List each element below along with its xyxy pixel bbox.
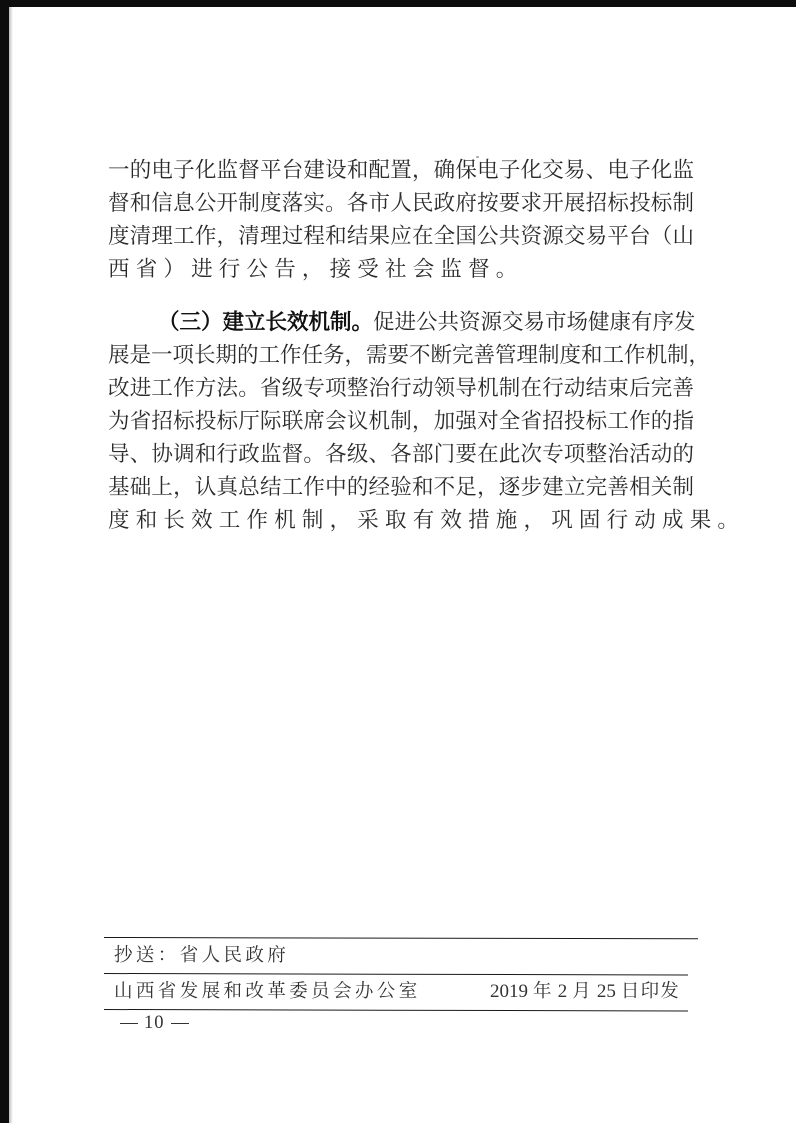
- document-footer: 抄送：省人民政府 山西省发展和改革委员会办公室 2019年2月25日印发: [104, 937, 698, 1010]
- text-line: 度和长效工作机制，采取有效措施，巩固行动成果。: [108, 504, 694, 537]
- page-number-dash-left: [120, 1023, 138, 1024]
- scan-border-shadow: [9, 7, 13, 1123]
- paragraph-gap: [108, 286, 694, 306]
- date-month-unit: 月: [572, 981, 592, 1002]
- issue-date: 2019年2月25日印发: [485, 974, 688, 1009]
- date-year: 2019: [485, 981, 533, 1002]
- scan-border-left: [0, 0, 9, 1123]
- document-page: 一的电子化监督平台建设和配置，确保电子化交易、电子化监 督和信息公开制度落实。各…: [0, 0, 796, 1123]
- scan-border-top: [0, 0, 796, 7]
- paragraph-2: （三）建立长效机制。促进公共资源交易市场健康有序发 展是一项长期的工作任务，需要…: [108, 306, 694, 537]
- cc-row: 抄送：省人民政府: [104, 938, 688, 973]
- date-year-unit: 年: [533, 981, 553, 1002]
- page-number-dash-right: [171, 1023, 189, 1024]
- date-day: 25: [592, 981, 621, 1002]
- text-line: 西省）进行公告，接受社会监督。: [108, 253, 694, 286]
- paragraph-1: 一的电子化监督平台建设和配置，确保电子化交易、电子化监 督和信息公开制度落实。各…: [108, 154, 694, 286]
- text-line: 改进工作方法。省级专项整治行动领导机制在行动结束后完善: [108, 372, 694, 405]
- text-line: 导、协调和行政监督。各级、各部门要在此次专项整治活动的: [108, 438, 694, 471]
- body-text: 一的电子化监督平台建设和配置，确保电子化交易、电子化监 督和信息公开制度落实。各…: [108, 154, 694, 537]
- footer-rule-bottom: [104, 1009, 688, 1012]
- text-run: 促进公共资源交易市场健康有序发: [373, 310, 696, 335]
- text-line: 督和信息公开制度落实。各市人民政府按要求开展招标投标制: [108, 187, 694, 220]
- text-line: 为省招标投标厅际联席会议机制，加强对全省招投标工作的指: [108, 405, 694, 438]
- cc-label: 抄送：省人民政府: [114, 938, 289, 973]
- text-line-first: （三）建立长效机制。促进公共资源交易市场健康有序发: [108, 306, 694, 339]
- text-line: 基础上，认真总结工作中的经验和不足，逐步建立完善相关制: [108, 471, 694, 504]
- text-line: 展是一项长期的工作任务，需要不断完善管理制度和工作机制，: [108, 339, 694, 372]
- issuer-row: 山西省发展和改革委员会办公室 2019年2月25日印发: [104, 974, 688, 1009]
- text-line: 一的电子化监督平台建设和配置，确保电子化交易、电子化监: [108, 154, 694, 187]
- date-day-unit: 日印发: [621, 981, 680, 1002]
- issuer-name: 山西省发展和改革委员会办公室: [114, 974, 421, 1009]
- section-heading: （三）建立长效机制。: [158, 310, 373, 335]
- page-number-value: 10: [144, 1013, 165, 1033]
- text-line: 度清理工作，清理过程和结果应在全国公共资源交易平台（山: [108, 220, 694, 253]
- date-month: 2: [553, 981, 573, 1002]
- page-number: 10: [114, 1013, 195, 1034]
